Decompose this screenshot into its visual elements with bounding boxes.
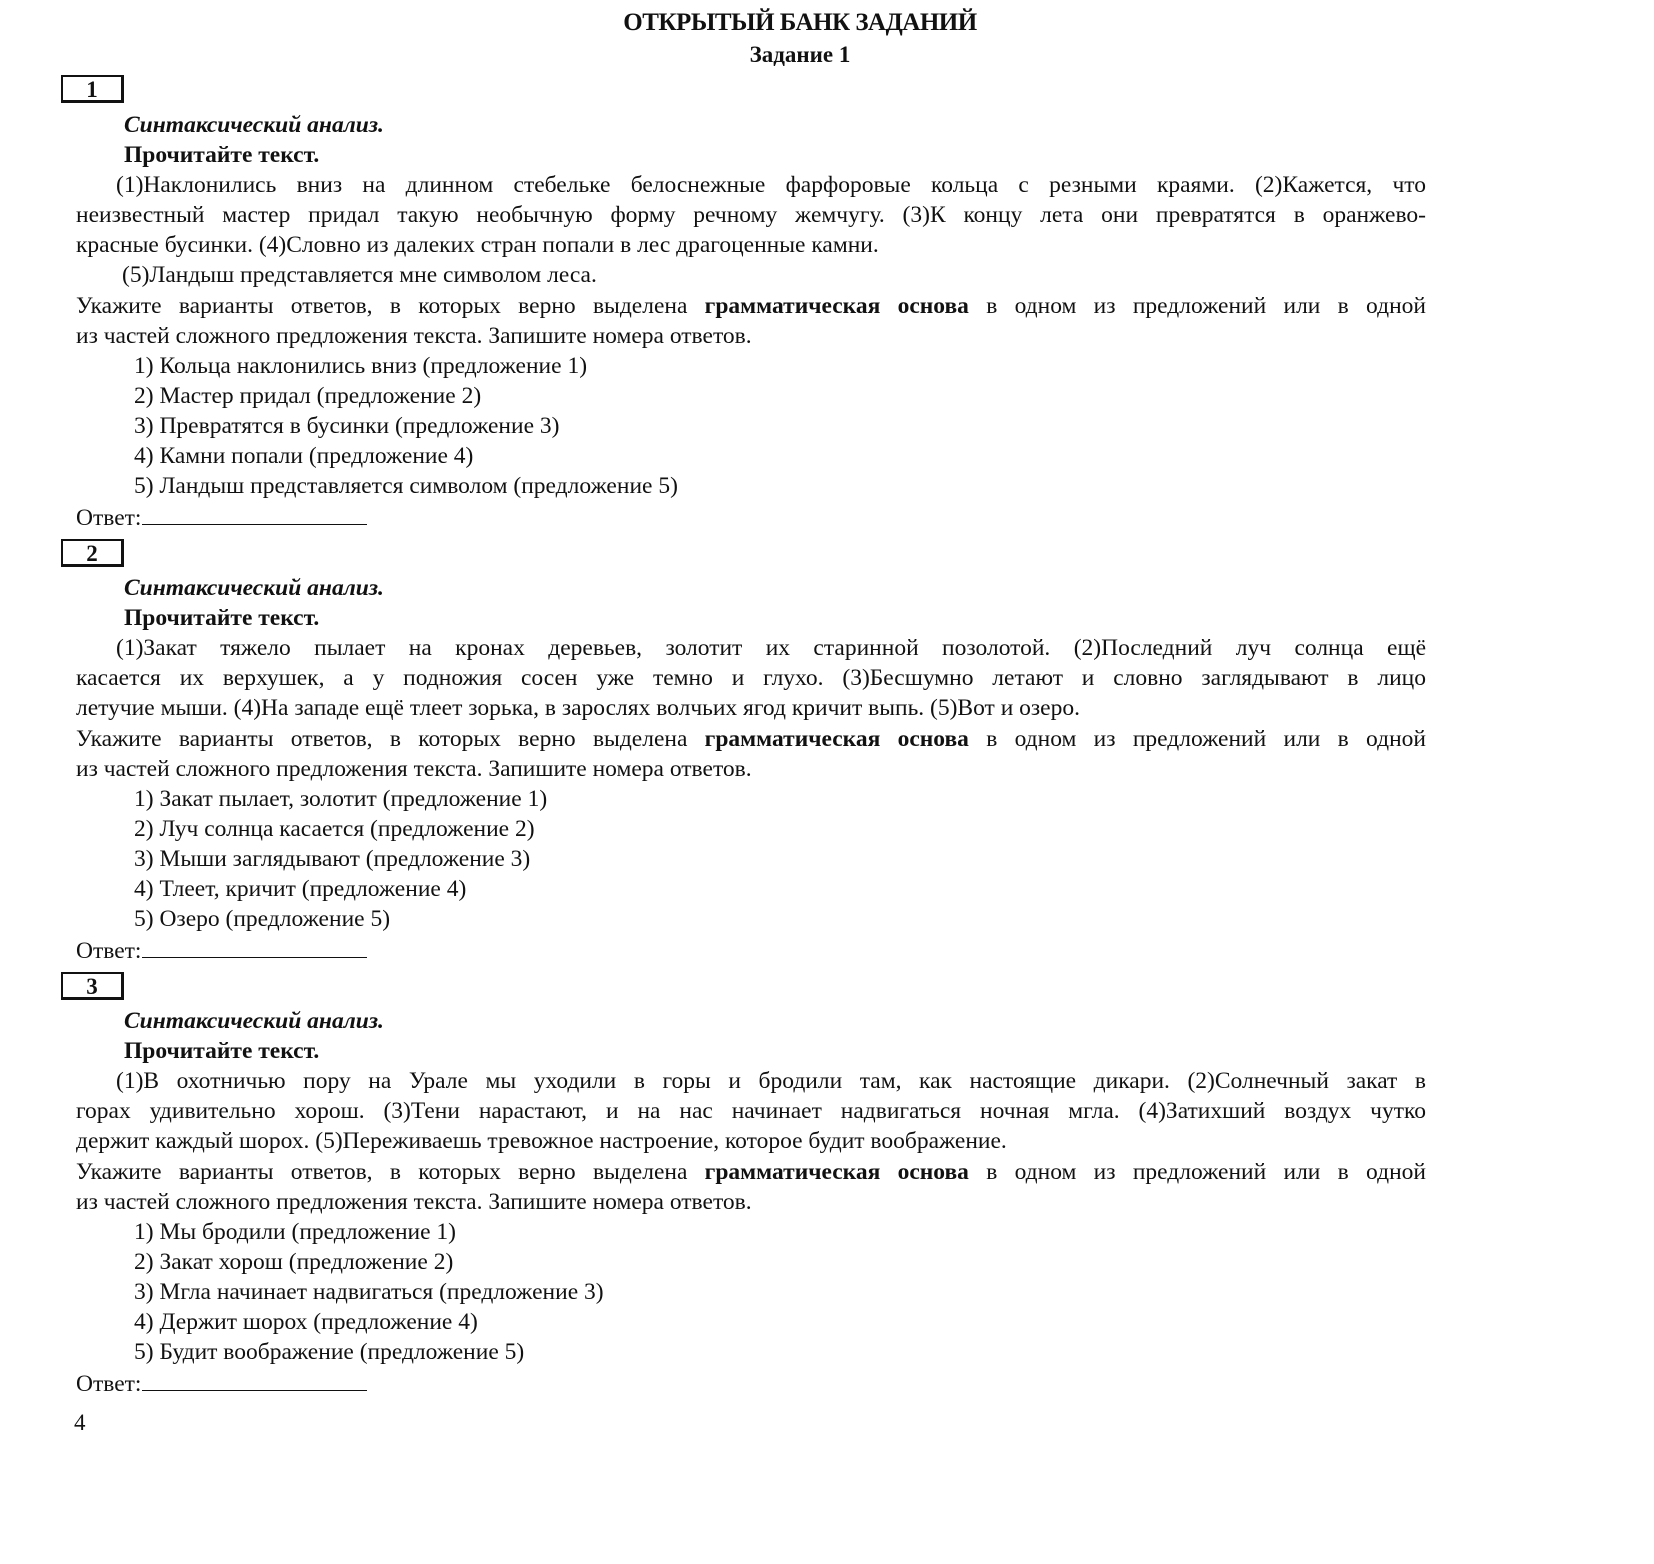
task-heading-bold: Прочитайте текст.	[124, 603, 319, 633]
answer-row: Ответ:	[76, 1368, 367, 1399]
instruction-text: в одном из предложений или в одной	[969, 1159, 1426, 1185]
answer-option: 1) Закат пылает, золотит (предложение 1)	[134, 784, 547, 814]
answer-option: 3) Мыши заглядывают (предложение 3)	[134, 844, 530, 874]
document-subtitle: Задание 1	[0, 42, 1600, 68]
instruction-line: Укажите варианты ответов, в которых верн…	[76, 724, 1426, 754]
answer-option: 2) Закат хорош (предложение 2)	[134, 1247, 453, 1277]
instruction-line: Укажите варианты ответов, в которых верн…	[76, 291, 1426, 321]
document-title: ОТКРЫТЫЙ БАНК ЗАДАНИЙ	[0, 9, 1600, 37]
passage-line: держит каждый шорох. (5)Переживаешь трев…	[76, 1126, 1007, 1156]
answer-option: 4) Тлеет, кричит (предложение 4)	[134, 874, 466, 904]
instruction-text: Укажите варианты ответов, в которых верн…	[76, 293, 705, 319]
passage-line: красные бусинки. (4)Словно из далеких ст…	[76, 230, 879, 260]
passage-line: летучие мыши. (4)На западе ещё тлеет зор…	[76, 693, 1080, 723]
instruction-keyword: грамматическая основа	[705, 293, 969, 319]
answer-option: 3) Мгла начинает надвигаться (предложени…	[134, 1277, 604, 1307]
answer-field[interactable]	[142, 502, 367, 525]
task-number-box: 2	[61, 539, 124, 567]
instruction-text: в одном из предложений или в одной	[969, 726, 1426, 752]
task-number-box: 3	[61, 972, 124, 1000]
answer-field[interactable]	[142, 935, 367, 958]
task-heading-bold: Прочитайте текст.	[124, 140, 319, 170]
instruction-text: Укажите варианты ответов, в которых верн…	[76, 1159, 705, 1185]
passage-line: (1)В охотничью пору на Урале мы уходили …	[76, 1066, 1426, 1096]
answer-label: Ответ:	[76, 938, 141, 964]
passage-line: (1)Закат тяжело пылает на кронах деревье…	[76, 633, 1426, 663]
answer-row: Ответ:	[76, 502, 367, 533]
page-number: 4	[74, 1410, 86, 1436]
instruction-line: из частей сложного предложения текста. З…	[76, 321, 752, 351]
task-number-box: 1	[61, 75, 124, 103]
task-heading-italic: Синтаксический анализ.	[124, 573, 384, 603]
passage-line: горах удивительно хорош. (3)Тени нараста…	[76, 1096, 1426, 1126]
answer-label: Ответ:	[76, 1371, 141, 1397]
answer-field[interactable]	[142, 1368, 367, 1391]
answer-option: 5) Озеро (предложение 5)	[134, 904, 390, 934]
task-heading-italic: Синтаксический анализ.	[124, 110, 384, 140]
answer-option: 3) Превратятся в бусинки (предложение 3)	[134, 411, 559, 441]
answer-option: 2) Мастер придал (предложение 2)	[134, 381, 481, 411]
instruction-text: в одном из предложений или в одной	[969, 293, 1426, 319]
instruction-line: из частей сложного предложения текста. З…	[76, 1187, 752, 1217]
task-heading-italic: Синтаксический анализ.	[124, 1006, 384, 1036]
passage-line: (1)Наклонились вниз на длинном стебельке…	[76, 170, 1426, 200]
answer-option: 1) Мы бродили (предложение 1)	[134, 1217, 456, 1247]
answer-option: 4) Камни попали (предложение 4)	[134, 441, 473, 471]
answer-option: 4) Держит шорох (предложение 4)	[134, 1307, 478, 1337]
answer-row: Ответ:	[76, 935, 367, 966]
instruction-keyword: грамматическая основа	[705, 726, 969, 752]
answer-option: 5) Ландыш представляется символом (предл…	[134, 471, 678, 501]
passage-line: неизвестный мастер придал такую необычну…	[76, 200, 1426, 230]
task-heading-bold: Прочитайте текст.	[124, 1036, 319, 1066]
instruction-line: Укажите варианты ответов, в которых верн…	[76, 1157, 1426, 1187]
passage-line: (5)Ландыш представляется мне символом ле…	[122, 260, 597, 290]
answer-option: 1) Кольца наклонились вниз (предложение …	[134, 351, 587, 381]
instruction-text: Укажите варианты ответов, в которых верн…	[76, 726, 705, 752]
answer-label: Ответ:	[76, 505, 141, 531]
instruction-line: из частей сложного предложения текста. З…	[76, 754, 752, 784]
answer-option: 5) Будит воображение (предложение 5)	[134, 1337, 524, 1367]
passage-line: касается их верхушек, а у подножия сосен…	[76, 663, 1426, 693]
answer-option: 2) Луч солнца касается (предложение 2)	[134, 814, 535, 844]
instruction-keyword: грамматическая основа	[705, 1159, 969, 1185]
